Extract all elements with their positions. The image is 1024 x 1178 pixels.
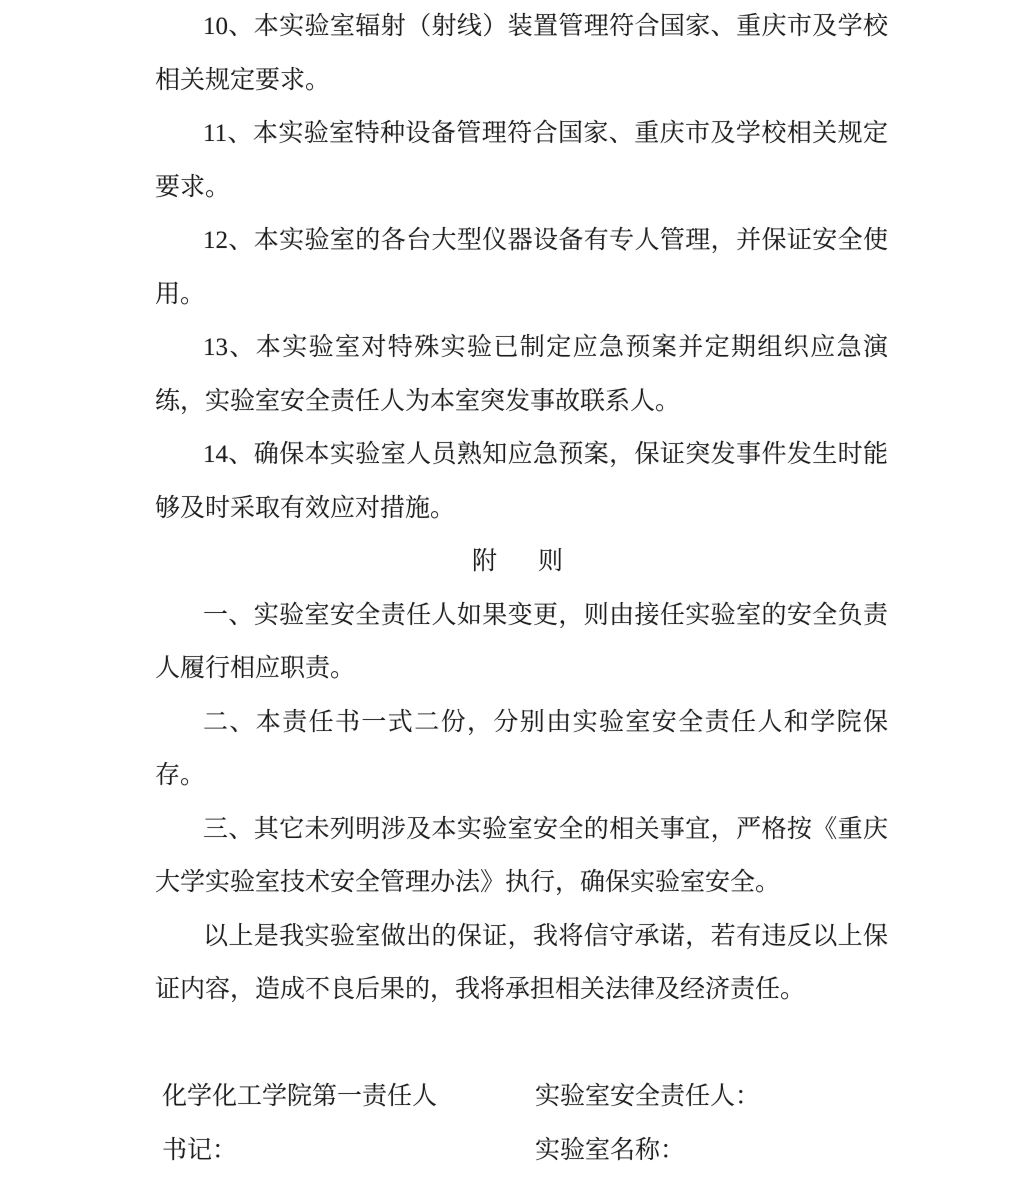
paragraph-line: 11、本实验室特种设备管理符合国家、重庆市及学校相关规定 <box>155 107 888 161</box>
signature-row: 书记： 实验室名称： <box>155 1124 888 1178</box>
paragraph-line: 人履行相应职责。 <box>155 642 888 696</box>
paragraph-line: 够及时采取有效应对措施。 <box>155 482 888 536</box>
paragraph-line: 证内容，造成不良后果的，我将承担相关法律及经济责任。 <box>155 963 888 1017</box>
signature-right-title-label: 实验室安全责任人： <box>535 1070 760 1124</box>
paragraph-line: 练，实验室安全责任人为本室突发事故联系人。 <box>155 375 888 429</box>
paragraph-line: 用。 <box>155 268 888 322</box>
paragraph-line: 大学实验室技术安全管理办法》执行，确保实验室安全。 <box>155 856 888 910</box>
paragraph-line: 相关规定要求。 <box>155 54 888 108</box>
signature-row: 化学化工学院第一责任人 实验室安全责任人： <box>155 1070 888 1124</box>
paragraph-line: 10、本实验室辐射（射线）装置管理符合国家、重庆市及学校 <box>155 0 888 54</box>
paragraph-line: 二、本责任书一式二份，分别由实验室安全责任人和学院保 <box>155 696 888 750</box>
paragraph-line: 以上是我实验室做出的保证，我将信守承诺，若有违反以上保 <box>155 910 888 964</box>
signature-right-name-label: 实验室名称： <box>535 1124 685 1178</box>
signature-left-role-label: 书记： <box>162 1124 237 1178</box>
paragraph-line: 13、本实验室对特殊实验已制定应急预案并定期组织应急演 <box>155 321 888 375</box>
signature-left-title: 化学化工学院第一责任人 <box>162 1070 437 1124</box>
paragraph-line: 三、其它未列明涉及本实验室安全的相关事宜，严格按《重庆 <box>155 803 888 857</box>
paragraph-line: 存。 <box>155 749 888 803</box>
document-body: 10、本实验室辐射（射线）装置管理符合国家、重庆市及学校 相关规定要求。 11、… <box>0 0 888 1177</box>
paragraph-line: 一、实验室安全责任人如果变更，则由接任实验室的安全负责 <box>155 589 888 643</box>
blank-line <box>155 1017 888 1071</box>
document-page: 10、本实验室辐射（射线）装置管理符合国家、重庆市及学校 相关规定要求。 11、… <box>0 0 1024 1178</box>
paragraph-line: 14、确保本实验室人员熟知应急预案，保证突发事件发生时能 <box>155 428 888 482</box>
paragraph-line: 要求。 <box>155 161 888 215</box>
paragraph-line: 12、本实验室的各台大型仪器设备有专人管理，并保证安全使 <box>155 214 888 268</box>
section-heading: 附 则 <box>155 535 888 589</box>
